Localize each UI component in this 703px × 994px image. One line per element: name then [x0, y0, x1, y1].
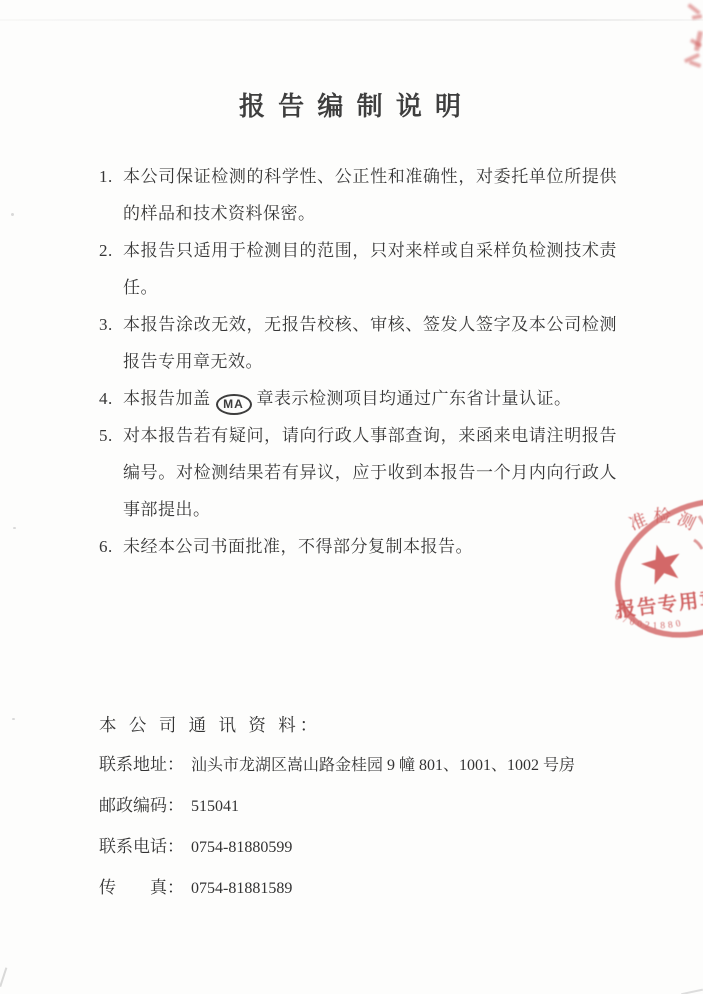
list-item: 6. 未经本公司书面批准，不得部分复制本报告。 — [99, 528, 617, 565]
contact-row-fax: 传 真：0754-81881589 — [99, 873, 629, 904]
contact-label: 联系地址： — [99, 755, 184, 774]
cma-letters: MA — [223, 397, 244, 411]
item-number: 3. — [99, 306, 123, 343]
contact-label: 联系电话： — [99, 837, 184, 856]
contact-label: 邮政编码： — [99, 796, 184, 815]
stamp-fragment — [687, 3, 700, 15]
item-text-after: 章表示检测项目均通过广东省计量认证。 — [257, 389, 572, 408]
scan-speck — [12, 718, 15, 720]
cma-certification-mark: MA — [216, 394, 252, 415]
contact-row-phone: 联系电话：0754-81880599 — [99, 832, 629, 863]
stamp-arc-text: 准检测 — [626, 506, 703, 536]
item-text: 本报告涂改无效，无报告校核、审核、签发人签字及本公司检测报告专用章无效。 — [123, 306, 617, 380]
list-item: 1. 本公司保证检测的科学性、公正性和准确性，对委托单位所提供的样品和技术资料保… — [99, 158, 617, 232]
contact-label: 传 真： — [99, 878, 184, 897]
item-text: 对本报告若有疑问，请向行政人事部查询，来函来电请注明报告编号。对检测结果若有异议… — [123, 417, 617, 528]
item-number: 5. — [99, 417, 123, 454]
contact-section: 本 公 司 通 讯 资 料： 联系地址：汕头市龙湖区嵩山路金桂园 9 幢 801… — [99, 710, 629, 904]
contact-heading: 本 公 司 通 讯 资 料： — [99, 710, 629, 740]
item-text: 本报告只适用于检测目的范围，只对来样或自采样负检测技术责任。 — [123, 232, 617, 306]
company-seal-stamp: 准检测 报告专用章 070021880 — [600, 470, 703, 670]
contact-value: 汕头市龙湖区嵩山路金桂园 9 幢 801、1001、1002 号房 — [191, 757, 575, 774]
contact-row-address: 联系地址：汕头市龙湖区嵩山路金桂园 9 幢 801、1001、1002 号房 — [99, 750, 629, 781]
contact-value: 515041 — [191, 798, 239, 815]
stamp-fragment — [689, 60, 702, 68]
list-item: 2. 本报告只适用于检测目的范围，只对来样或自采样负检测技术责任。 — [99, 232, 617, 306]
item-number: 1. — [99, 158, 123, 195]
item-text: 本报告加盖MA章表示检测项目均通过广东省计量认证。 — [123, 380, 617, 417]
list-item: 3. 本报告涂改无效，无报告校核、审核、签发人签字及本公司检测报告专用章无效。 — [99, 306, 617, 380]
scan-corner-mark — [0, 967, 19, 990]
page-title: 报 告 编 制 说 明 — [0, 86, 703, 123]
contact-row-postcode: 邮政编码：515041 — [99, 791, 629, 822]
list-item: 5. 对本报告若有疑问，请向行政人事部查询，来函来电请注明报告编号。对检测结果若… — [99, 417, 617, 528]
scan-speck — [13, 527, 16, 529]
contact-value: 0754-81880599 — [191, 839, 292, 856]
stamp-edge-stroke — [694, 540, 702, 549]
item-number: 2. — [99, 232, 123, 269]
scan-speck — [11, 213, 14, 216]
scan-corner-mark — [679, 979, 703, 994]
item-number: 4. — [99, 380, 123, 417]
scan-artifact-line — [0, 19, 703, 21]
contact-value: 0754-81881589 — [191, 880, 292, 897]
document-page: 报 告 编 制 说 明 1. 本公司保证检测的科学性、公正性和准确性，对委托单位… — [0, 0, 703, 994]
item-text: 未经本公司书面批准，不得部分复制本报告。 — [123, 528, 617, 565]
item-number: 6. — [99, 528, 123, 565]
instruction-list: 1. 本公司保证检测的科学性、公正性和准确性，对委托单位所提供的样品和技术资料保… — [99, 158, 617, 565]
list-item: 4. 本报告加盖MA章表示检测项目均通过广东省计量认证。 — [99, 380, 617, 417]
item-text-before: 本报告加盖 — [123, 389, 211, 408]
stamp-star-icon — [641, 545, 680, 585]
item-text: 本公司保证检测的科学性、公正性和准确性，对委托单位所提供的样品和技术资料保密。 — [123, 158, 617, 232]
